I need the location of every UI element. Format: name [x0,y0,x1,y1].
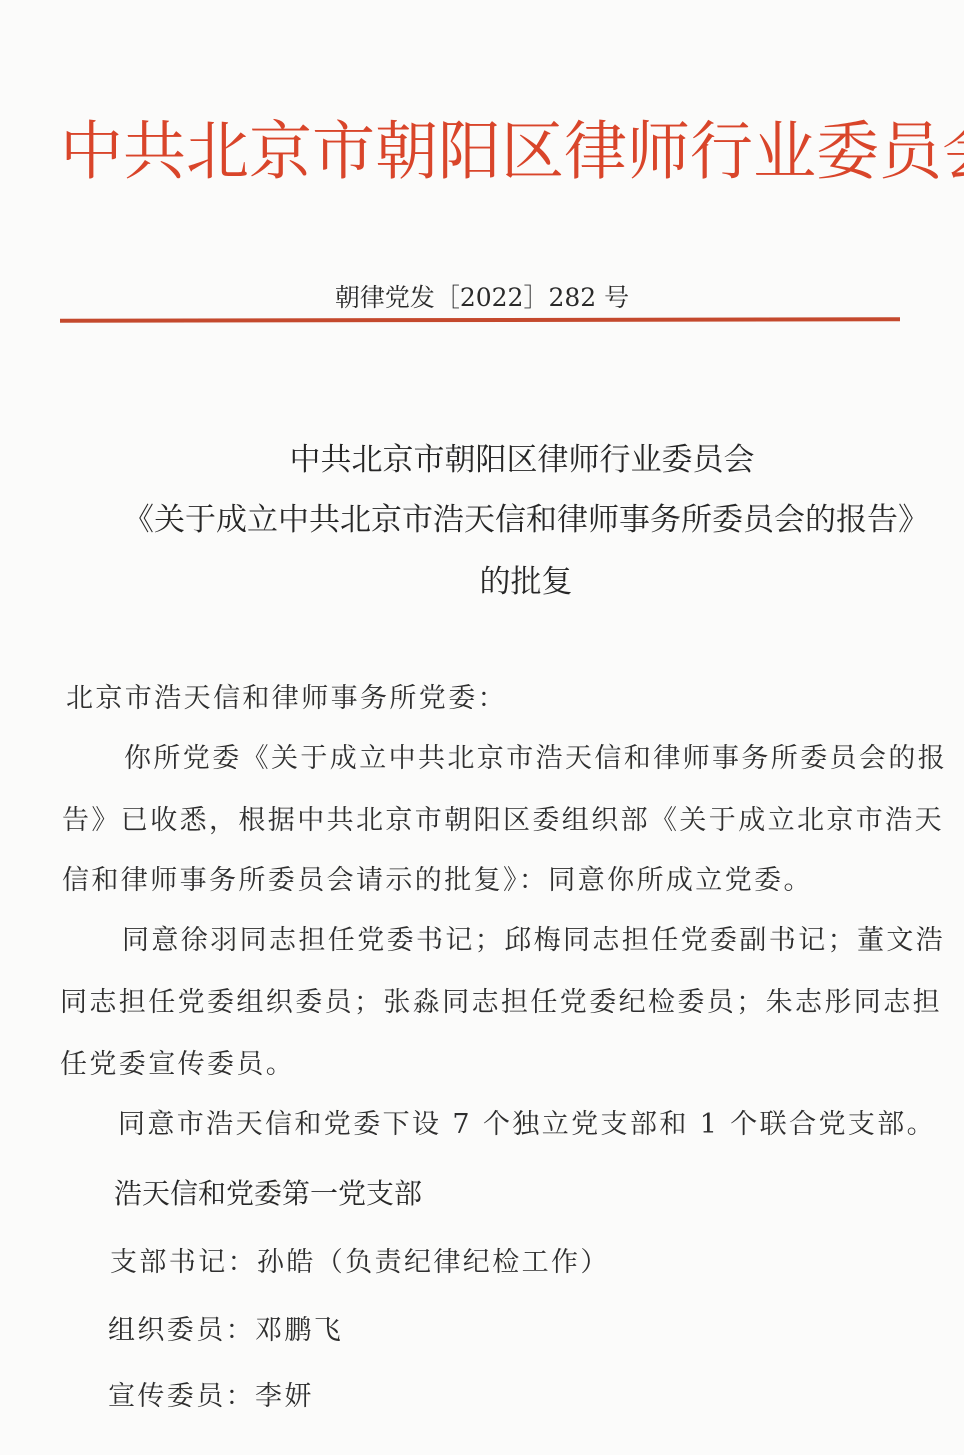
document-title-line-2: 《关于成立中共北京市浩天信和律师事务所委员会的报告》 [44,494,964,539]
branch-title: 浩天信和党委第一党支部 [114,1172,422,1212]
branch-member-organization: 组织委员：邓鹏飞 [108,1308,343,1347]
member-role: 宣传委员： [108,1381,255,1412]
branch-member-secretary: 支部书记：孙皓（负责纪律纪检工作） [110,1240,610,1279]
document-title-line-1: 中共北京市朝阳区律师行业委员会 [40,434,964,479]
document-page: 中共北京市朝阳区律师行业委员会 朝律党发［2022］282 号 中共北京市朝阳区… [0,0,964,1455]
branch-member-publicity: 宣传委员：李妍 [108,1374,314,1413]
paragraph-2-line-2: 同志担任党委组织委员；张淼同志担任党委纪检委员；朱志彤同志担 [60,980,942,1019]
member-name: 孙皓（负责纪律纪检工作） [257,1247,610,1278]
masthead-org-name: 中共北京市朝阳区律师行业委员会 [60,111,910,193]
document-title-line-3: 的批复 [44,556,964,601]
paragraph-2-line-1: 同意徐羽同志担任党委书记；邱梅同志担任党委副书记；董文浩 [122,918,945,957]
paragraph-2-line-3: 任党委宣传委员。 [60,1042,295,1081]
paragraph-1-line-1: 你所党委《关于成立中共北京市浩天信和律师事务所委员会的报 [124,736,947,775]
paragraph-3: 同意市浩天信和党委下设 7 个独立党支部和 1 个联合党支部。 [118,1102,936,1141]
member-role: 组织委员： [108,1315,255,1346]
addressee: 北京市浩天信和律师事务所党委： [66,676,507,715]
member-name: 李妍 [255,1381,314,1412]
document-number: 朝律党发［2022］282 号 [0,278,964,318]
red-divider-line [60,317,900,322]
member-name: 邓鹏飞 [255,1315,343,1346]
paragraph-1-line-3: 信和律师事务所委员会请示的批复》：同意你所成立党委。 [62,858,813,897]
paragraph-1-line-2: 告》已收悉，根据中共北京市朝阳区委组织部《关于成立北京市浩天 [62,798,944,837]
member-role: 支部书记： [110,1247,257,1278]
